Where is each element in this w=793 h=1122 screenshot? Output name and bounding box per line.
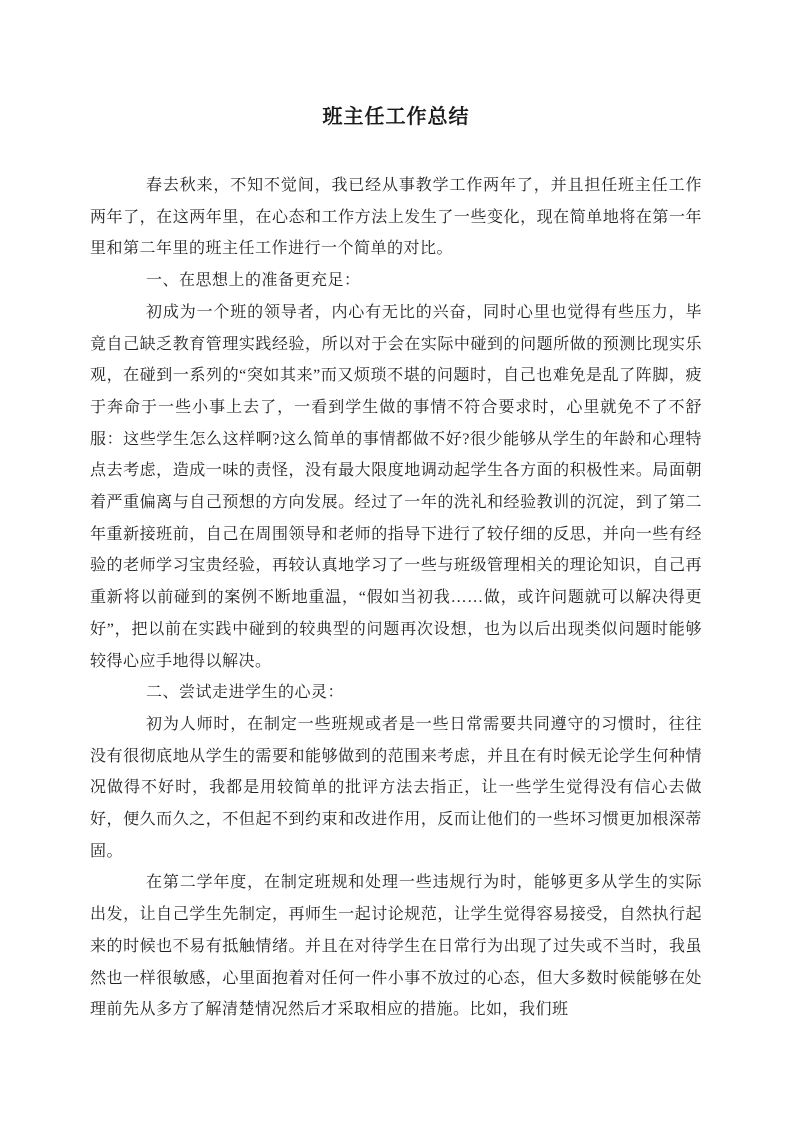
document-content: 班主任工作总结 春去秋来，不知不觉间，我已经从事教学工作两年了，并且担任班主任工… xyxy=(90,0,702,1026)
document-body: 春去秋来，不知不觉间，我已经从事教学工作两年了，并且担任班主任工作两年了，在这两… xyxy=(90,170,702,1026)
paragraph-section-2-second-year: 在第二学年度，在制定班规和处理一些违规行为时，能够更多从学生的实际出发，让自己学… xyxy=(90,867,702,1026)
section-heading-2: 二、尝试走进学生的心灵： xyxy=(90,677,702,709)
document-title: 班主任工作总结 xyxy=(90,101,702,134)
paragraph-intro: 春去秋来，不知不觉间，我已经从事教学工作两年了，并且担任班主任工作两年了，在这两… xyxy=(90,170,702,265)
document-page: 班主任工作总结 春去秋来，不知不觉间，我已经从事教学工作两年了，并且担任班主任工… xyxy=(0,0,793,1122)
paragraph-section-1: 初成为一个班的领导者，内心有无比的兴奋，同时心里也觉得有些压力，毕竟自己缺乏教育… xyxy=(90,297,702,677)
paragraph-section-2-first-year: 初为人师时，在制定一些班规或者是一些日常需要共同遵守的习惯时，往往没有很彻底地从… xyxy=(90,709,702,868)
section-heading-1: 一、在思想上的准备更充足： xyxy=(90,265,702,297)
